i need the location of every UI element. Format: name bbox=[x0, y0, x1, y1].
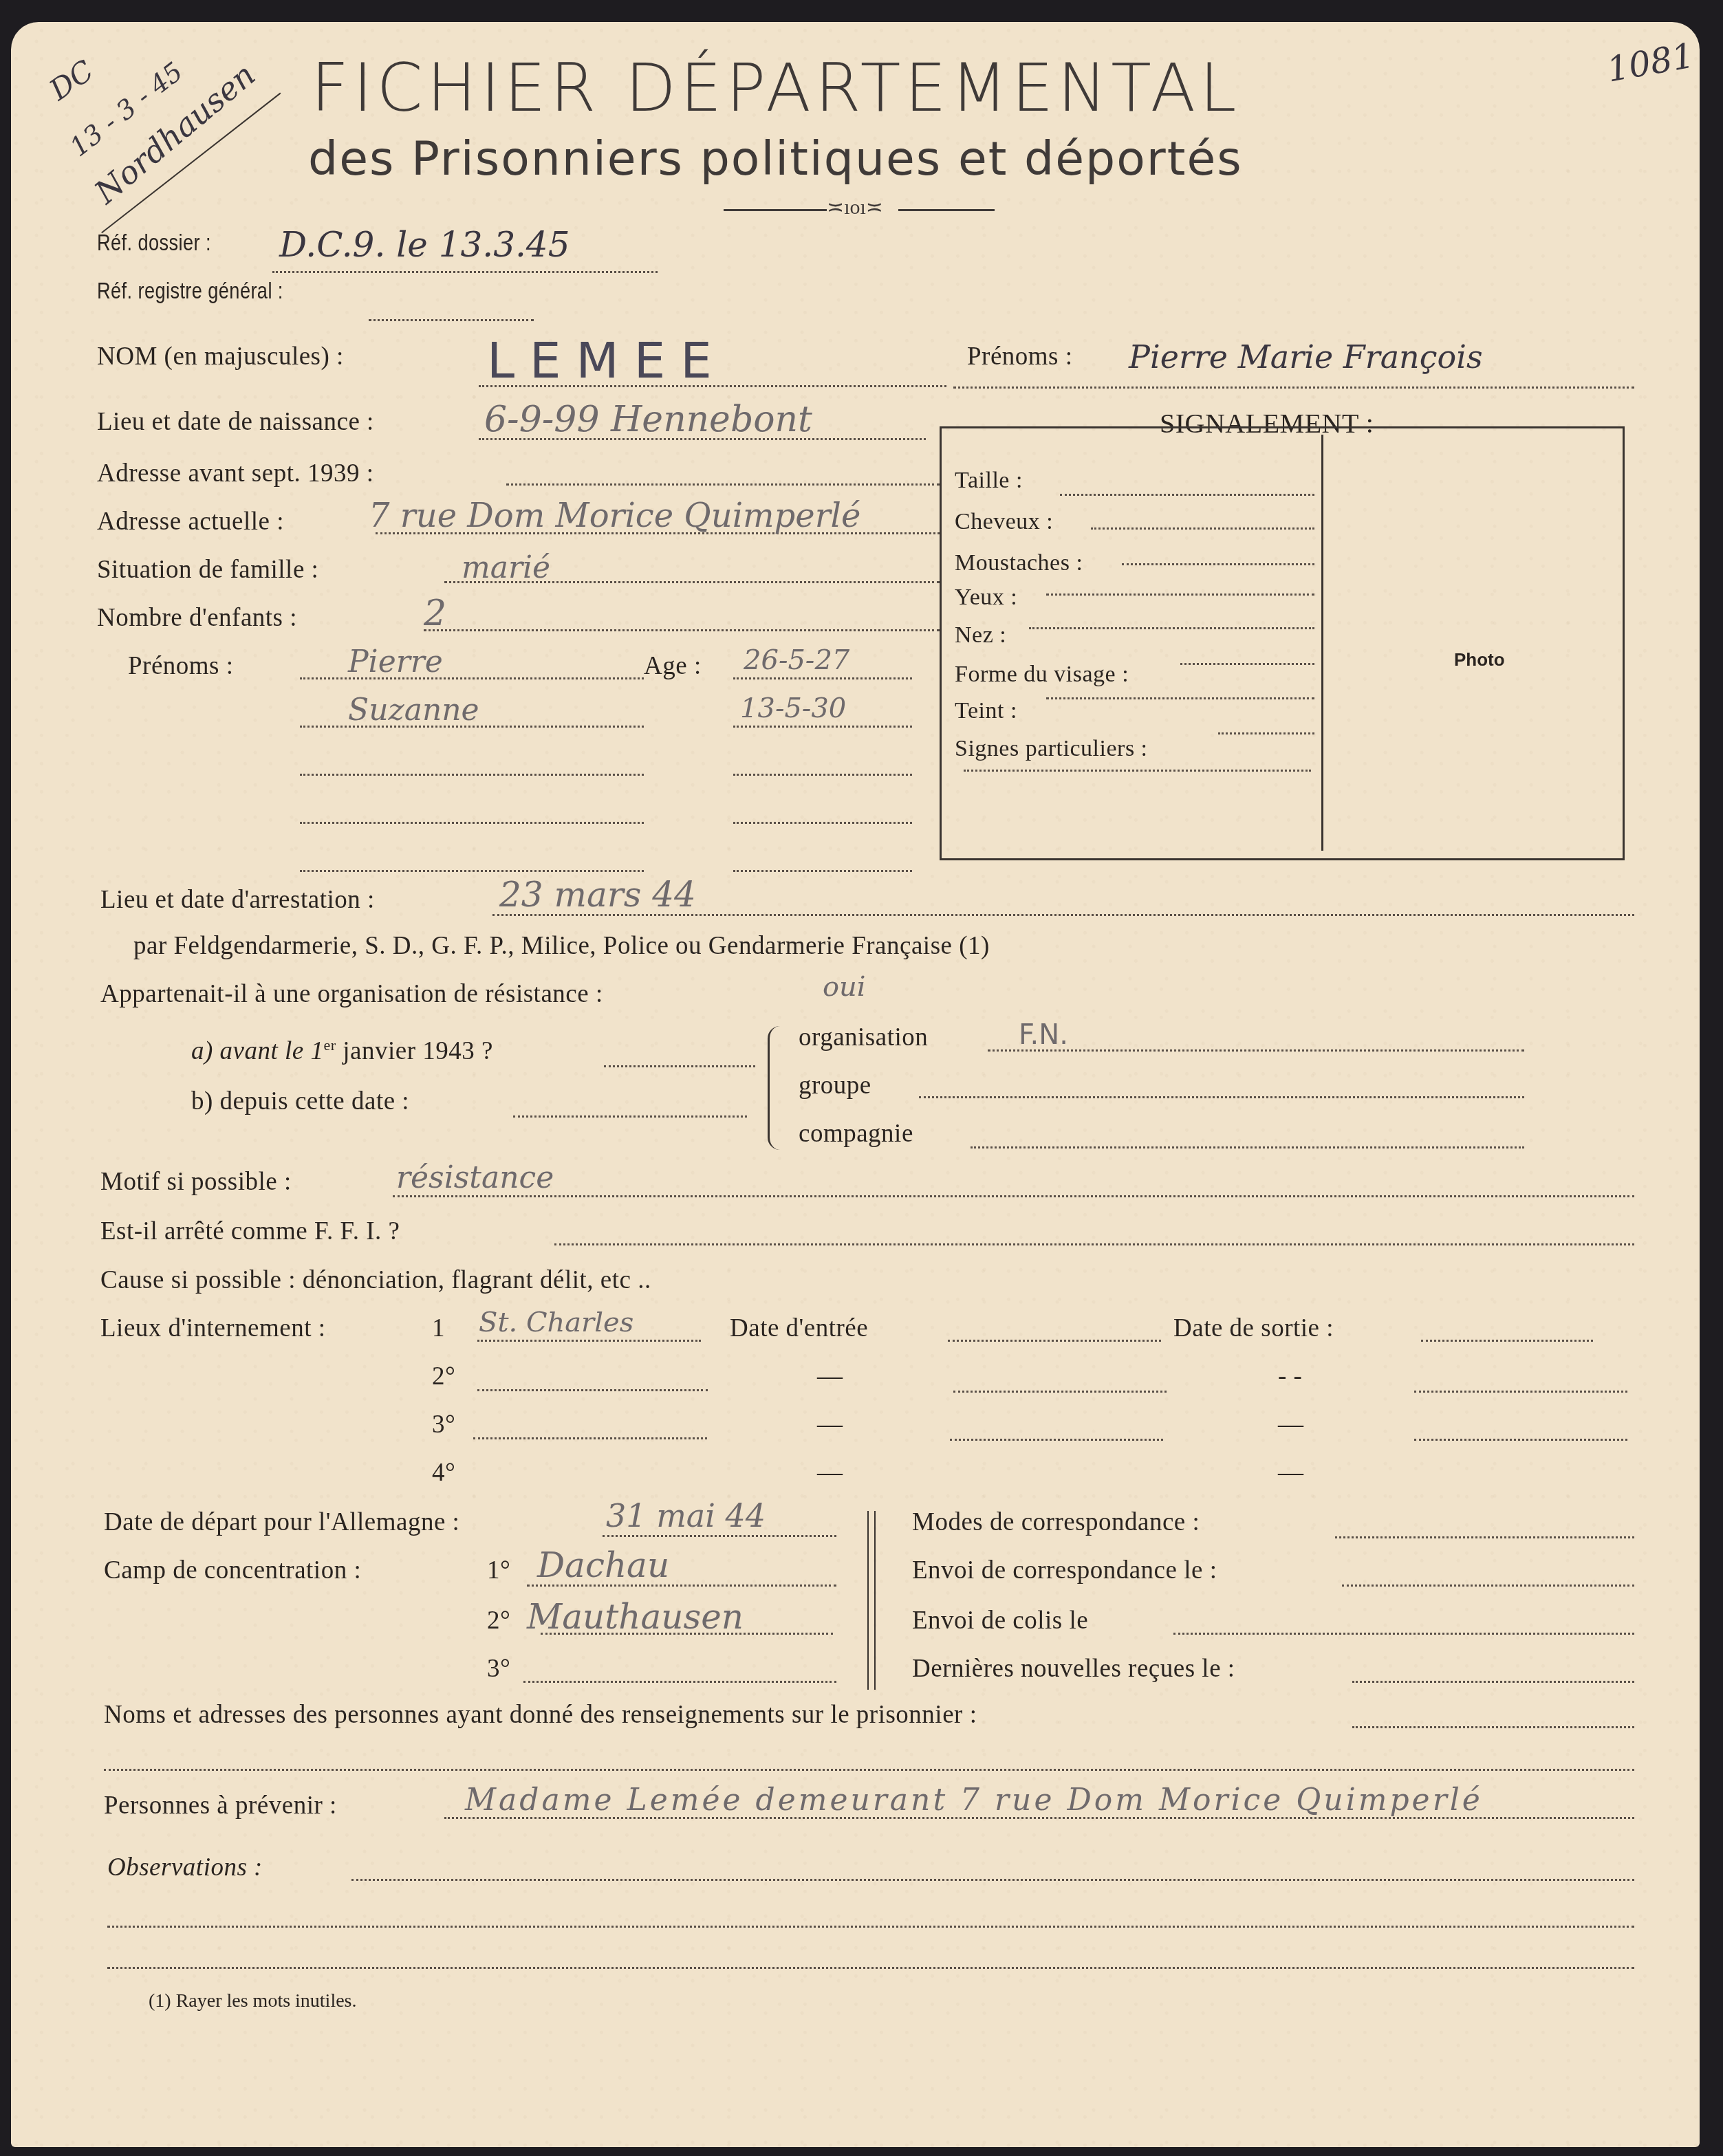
resistance-brace bbox=[768, 1026, 782, 1150]
signalement-signes-label: Signes particuliers : bbox=[955, 736, 1148, 762]
internement-row-3-dash-sortie: — bbox=[1278, 1410, 1304, 1439]
signalement-signes-line[interactable] bbox=[1218, 732, 1314, 734]
photo-placeholder-label: Photo bbox=[1454, 649, 1505, 671]
internement-row-1-lieu[interactable]: St. Charles bbox=[479, 1307, 633, 1338]
camp-1-num: 1° bbox=[487, 1556, 510, 1585]
arrestation-par-line: par Feldgendarmerie, S. D., G. F. P., Mi… bbox=[133, 931, 990, 961]
enfant-3-prenom-line[interactable] bbox=[300, 774, 644, 776]
dernieres-nouvelles-label: Dernières nouvelles reçues le : bbox=[912, 1654, 1235, 1684]
date-sortie-label: Date de sortie : bbox=[1173, 1314, 1334, 1343]
signalement-nez-label: Nez : bbox=[955, 622, 1006, 649]
motif-line bbox=[393, 1195, 1634, 1197]
enfant-4-age-line[interactable] bbox=[733, 822, 912, 824]
motif-value[interactable]: résistance bbox=[396, 1160, 554, 1195]
signalement-moustaches-label: Moustaches : bbox=[955, 550, 1083, 576]
resistance-b-label: b) depuis cette date : bbox=[191, 1087, 409, 1116]
ref-registre-label: Réf. registre général : bbox=[97, 278, 283, 305]
camp-1-value[interactable]: Dachau bbox=[537, 1545, 669, 1585]
envoi-colis-label: Envoi de colis le bbox=[912, 1606, 1088, 1635]
modes-correspondance-label: Modes de correspondance : bbox=[912, 1507, 1200, 1537]
signalement-moustaches-line[interactable] bbox=[1122, 563, 1314, 565]
internement-row-4-dash-entree: — bbox=[817, 1458, 843, 1488]
camp-label: Camp de concentration : bbox=[104, 1556, 361, 1585]
internement-row-2-lieu-line[interactable] bbox=[477, 1389, 708, 1391]
signalement-taille-label: Taille : bbox=[955, 468, 1023, 494]
signalement-cheveux-label: Cheveux : bbox=[955, 509, 1053, 535]
prenoms-line bbox=[953, 386, 1634, 389]
resistance-value[interactable]: oui bbox=[823, 971, 866, 1003]
organisation-label: organisation bbox=[799, 1023, 928, 1052]
card-number: 1081 bbox=[1604, 35, 1697, 89]
resistance-a-sup: er bbox=[323, 1036, 336, 1054]
signalement-visage-label: Forme du visage : bbox=[955, 662, 1129, 688]
adresse-actuelle-value[interactable]: 7 rue Dom Morice Quimperlé bbox=[369, 497, 860, 535]
camp-3-line[interactable] bbox=[523, 1681, 836, 1683]
naissance-value[interactable]: 6-9-99 Hennebont bbox=[484, 399, 812, 440]
ffi-label: Est-il arrêté comme F. F. I. ? bbox=[100, 1217, 400, 1246]
resistance-label: Appartenait-il à une organisation de rés… bbox=[100, 979, 603, 1009]
internement-label: Lieux d'internement : bbox=[100, 1314, 325, 1343]
nombre-enfants-label: Nombre d'enfants : bbox=[97, 603, 297, 633]
internement-row-2-entree-line[interactable] bbox=[953, 1391, 1167, 1393]
motif-label: Motif si possible : bbox=[100, 1167, 292, 1197]
internement-row-3-sortie-line[interactable] bbox=[1414, 1439, 1627, 1441]
renseignements-line-1[interactable] bbox=[1352, 1726, 1634, 1728]
signalement-nez-line[interactable] bbox=[1029, 627, 1314, 629]
resistance-a-line[interactable] bbox=[604, 1065, 755, 1067]
arrestation-value[interactable]: 23 mars 44 bbox=[499, 875, 696, 915]
internement-row-2-num: 2° bbox=[432, 1362, 455, 1391]
internement-row-4-num: 4° bbox=[432, 1458, 455, 1488]
internement-row-2-dash-sortie: - - bbox=[1278, 1362, 1302, 1391]
internement-row-2-dash-entree: — bbox=[817, 1362, 843, 1391]
adresse-avant-line[interactable] bbox=[506, 483, 940, 486]
ref-dossier-label: Réf. dossier : bbox=[97, 230, 211, 257]
depart-value[interactable]: 31 mai 44 bbox=[606, 1497, 766, 1534]
enfant-5-age-line[interactable] bbox=[733, 870, 912, 872]
camp-2-num: 2° bbox=[487, 1606, 510, 1635]
nom-label: NOM (en majuscules) : bbox=[97, 342, 344, 371]
nombre-enfants-value[interactable]: 2 bbox=[424, 593, 446, 634]
enfant-1-age-line bbox=[733, 677, 912, 679]
organisation-line bbox=[988, 1049, 1524, 1052]
signalement-visage-line[interactable] bbox=[1180, 663, 1314, 665]
renseignements-label: Noms et adresses des personnes ayant don… bbox=[104, 1700, 977, 1730]
enfant-2-age-line bbox=[733, 726, 912, 728]
envoi-correspondance-line[interactable] bbox=[1342, 1585, 1634, 1587]
compagnie-label: compagnie bbox=[799, 1119, 913, 1148]
internement-row-3-num: 3° bbox=[432, 1410, 455, 1439]
date-entree-label: Date d'entrée bbox=[730, 1314, 868, 1343]
deportation-divider-2 bbox=[874, 1511, 876, 1690]
envoi-correspondance-label: Envoi de correspondance le : bbox=[912, 1556, 1217, 1585]
signalement-yeux-line[interactable] bbox=[1046, 594, 1314, 596]
internement-row-2-sortie-line[interactable] bbox=[1414, 1391, 1627, 1393]
enfants-age-label: Age : bbox=[644, 651, 702, 681]
prevenir-label: Personnes à prévenir : bbox=[104, 1791, 337, 1820]
adresse-avant-label: Adresse avant sept. 1939 : bbox=[97, 459, 373, 488]
signalement-yeux-label: Yeux : bbox=[955, 585, 1017, 611]
nombre-enfants-line bbox=[424, 629, 940, 631]
prenoms-label: Prénoms : bbox=[967, 342, 1073, 371]
naissance-label: Lieu et date de naissance : bbox=[97, 407, 374, 437]
signalement-teint-line[interactable] bbox=[1046, 697, 1314, 699]
situation-value[interactable]: marié bbox=[462, 550, 550, 585]
signalement-divider bbox=[1321, 435, 1323, 851]
depart-label: Date de départ pour l'Allemagne : bbox=[104, 1507, 459, 1537]
title-ornament-right bbox=[898, 209, 995, 211]
depart-line bbox=[603, 1535, 836, 1537]
internement-row-3-dash-entree: — bbox=[817, 1410, 843, 1439]
resistance-a-suffix: janvier 1943 ? bbox=[336, 1037, 493, 1065]
enfant-1-prenom[interactable]: Pierre bbox=[348, 644, 443, 679]
footnote: (1) Rayer les mots inutiles. bbox=[149, 1990, 357, 2012]
observations-line-2[interactable] bbox=[107, 1926, 1634, 1928]
internement-row-3-lieu-line[interactable] bbox=[473, 1437, 707, 1439]
organisation-value[interactable]: F.N. bbox=[1019, 1019, 1068, 1051]
deportation-divider-1 bbox=[867, 1511, 869, 1690]
observations-label: Observations : bbox=[107, 1853, 263, 1882]
enfant-5-prenom-line[interactable] bbox=[300, 870, 644, 872]
enfants-prenoms-label: Prénoms : bbox=[128, 651, 234, 681]
prenoms-value[interactable]: Pierre Marie François bbox=[1129, 338, 1483, 375]
cause-label: Cause si possible : dénonciation, flagra… bbox=[100, 1265, 651, 1295]
corner-note-dc: DC bbox=[43, 54, 100, 107]
dernieres-nouvelles-line[interactable] bbox=[1352, 1681, 1634, 1683]
modes-correspondance-line[interactable] bbox=[1335, 1536, 1634, 1538]
observations-line-1[interactable] bbox=[351, 1879, 1634, 1881]
enfant-2-age[interactable]: 13-5-30 bbox=[740, 693, 846, 724]
resistance-a-label: a) avant le 1er janvier 1943 ? bbox=[191, 1036, 493, 1066]
internement-row-1-num: 1 bbox=[432, 1314, 445, 1343]
prevenir-value[interactable]: Madame Lemée demeurant 7 rue Dom Morice … bbox=[465, 1783, 1483, 1818]
enfant-1-age[interactable]: 26-5-27 bbox=[744, 644, 849, 676]
resistance-a-prefix: a) avant le 1 bbox=[191, 1037, 323, 1065]
internement-row-1-sortie-line[interactable] bbox=[1421, 1340, 1593, 1342]
title-ornament-left bbox=[724, 209, 827, 211]
compagnie-line[interactable] bbox=[971, 1146, 1524, 1148]
signalement-taille-line[interactable] bbox=[1060, 494, 1314, 496]
enfant-3-age-line[interactable] bbox=[733, 774, 912, 776]
enfant-2-prenom[interactable]: Suzanne bbox=[348, 693, 479, 728]
nom-value[interactable]: LEMEE bbox=[487, 331, 727, 389]
ornament-icon: ≍ıoı≍ bbox=[827, 195, 883, 219]
resistance-b-line[interactable] bbox=[513, 1115, 747, 1118]
internement-row-4-dash-sortie: — bbox=[1278, 1458, 1304, 1488]
ffi-line[interactable] bbox=[554, 1243, 1634, 1245]
adresse-actuelle-label: Adresse actuelle : bbox=[97, 507, 284, 536]
page-title: FICHIER DÉPARTEMENTAL bbox=[311, 50, 1241, 127]
ref-dossier-line bbox=[272, 271, 658, 273]
internement-row-1-entree-line[interactable] bbox=[948, 1340, 1161, 1342]
groupe-label: groupe bbox=[799, 1071, 871, 1100]
renseignements-line-2[interactable] bbox=[104, 1769, 1634, 1771]
camp-3-num: 3° bbox=[487, 1654, 510, 1684]
internement-row-3-entree-line[interactable] bbox=[950, 1439, 1163, 1441]
page-subtitle: des Prisonniers politiques et déportés bbox=[308, 132, 1243, 186]
ref-dossier-value[interactable]: D.C.9. le 13.3.45 bbox=[279, 225, 570, 265]
signalement-signes-line-2[interactable] bbox=[964, 770, 1311, 772]
envoi-colis-line[interactable] bbox=[1173, 1633, 1634, 1635]
index-card: DC 13 - 3 - 45 Nordhausen 1081 FICHIER D… bbox=[11, 22, 1700, 2147]
signalement-teint-label: Teint : bbox=[955, 698, 1017, 724]
situation-label: Situation de famille : bbox=[97, 555, 318, 585]
signalement-box bbox=[940, 426, 1625, 860]
ref-registre-line[interactable] bbox=[369, 319, 534, 321]
groupe-line[interactable] bbox=[919, 1096, 1524, 1098]
arrestation-label: Lieu et date d'arrestation : bbox=[100, 885, 375, 915]
observations-line-3[interactable] bbox=[107, 1967, 1634, 1969]
signalement-cheveux-line[interactable] bbox=[1091, 527, 1314, 530]
enfant-4-prenom-line[interactable] bbox=[300, 822, 644, 824]
camp-2-value[interactable]: Mauthausen bbox=[527, 1597, 744, 1637]
internement-row-1-lieu-line bbox=[477, 1340, 701, 1342]
